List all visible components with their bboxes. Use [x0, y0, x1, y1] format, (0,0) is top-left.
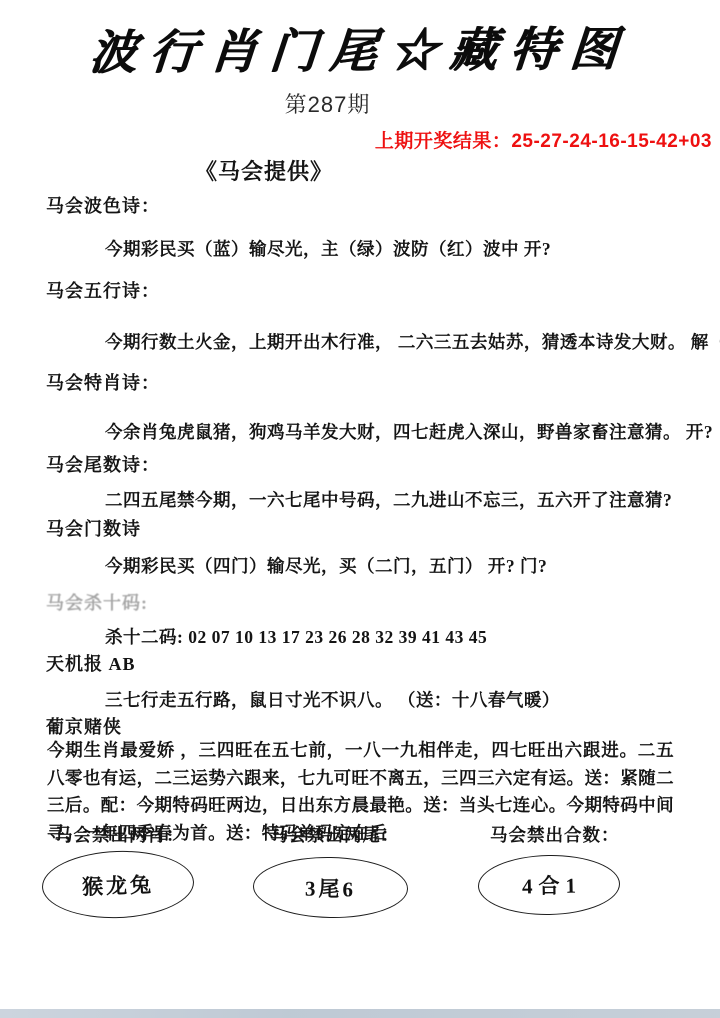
section-line-weishu: 二四五尾禁今期，一六七尾中号码，二九进山不忘三，五六开了注意猜?	[105, 487, 672, 512]
section-line-tianjibao: 三七行走五行路，鼠日寸光不识八。 （送：十八春气暖）	[105, 687, 560, 712]
section-line-wuxing: 今期行数土火金，上期开出木行准， 二六三五去姑苏，猜透本诗发大财。 解（？）	[105, 329, 720, 354]
forbidden-tail-oval: 3尾6	[252, 856, 408, 920]
section-heading-shama: 马会杀十码:	[46, 589, 148, 615]
section-heading-weishu: 马会尾数诗：	[46, 451, 160, 477]
forbidden-sum-value: 4合1	[516, 869, 583, 900]
masthead-title: 波行肖门尾☆藏特图	[0, 11, 720, 83]
provider-heading: 《马会提供》	[195, 155, 333, 186]
forbidden-tail-value: 3尾6	[305, 872, 357, 903]
section-line-menshu: 今期彩民买（四门）输尽光，买（二门，五门） 开? 门?	[105, 553, 547, 578]
section-line-shama-numbers: 杀十二码: 02 07 10 13 17 23 26 28 32 39 41 4…	[105, 624, 487, 649]
section-line-texiao: 今余肖兔虎鼠猪，狗鸡马羊发大财，四七赶虎入深山，野兽家畜注意猜。 开?	[105, 419, 713, 444]
forbidden-zodiac-label: 马会禁出两肖：	[55, 822, 185, 847]
forbidden-sum-label: 马会禁出合数：	[490, 822, 620, 847]
section-heading-bose: 马会波色诗：	[46, 192, 160, 218]
section-heading-pujing: 葡京赌侠	[46, 713, 122, 739]
section-heading-texiao: 马会特肖诗：	[46, 369, 160, 395]
issue-number: 第287期	[0, 88, 655, 119]
forbidden-sum-oval: 4合1	[477, 854, 620, 916]
section-heading-menshu: 马会门数诗	[46, 515, 141, 541]
section-heading-tianjibao: 天机报 AB	[46, 650, 136, 676]
lottery-tip-sheet: 波行肖门尾☆藏特图 第287期 上期开奖结果：25-27-24-16-15-42…	[0, 0, 720, 1018]
forbidden-zodiac-oval: 猴龙兔	[41, 848, 195, 920]
previous-draw-result: 上期开奖结果：25-27-24-16-15-42+03	[375, 126, 712, 153]
section-heading-wuxing: 马会五行诗：	[46, 277, 160, 303]
forbidden-tail-label: 马会禁出两尾：	[270, 822, 400, 847]
section-line-bose: 今期彩民买（蓝）输尽光，主（绿）波防（红）波中 开?	[105, 236, 551, 261]
bottom-edge-band	[0, 1009, 720, 1018]
forbidden-zodiac-value: 猴龙兔	[81, 868, 154, 900]
